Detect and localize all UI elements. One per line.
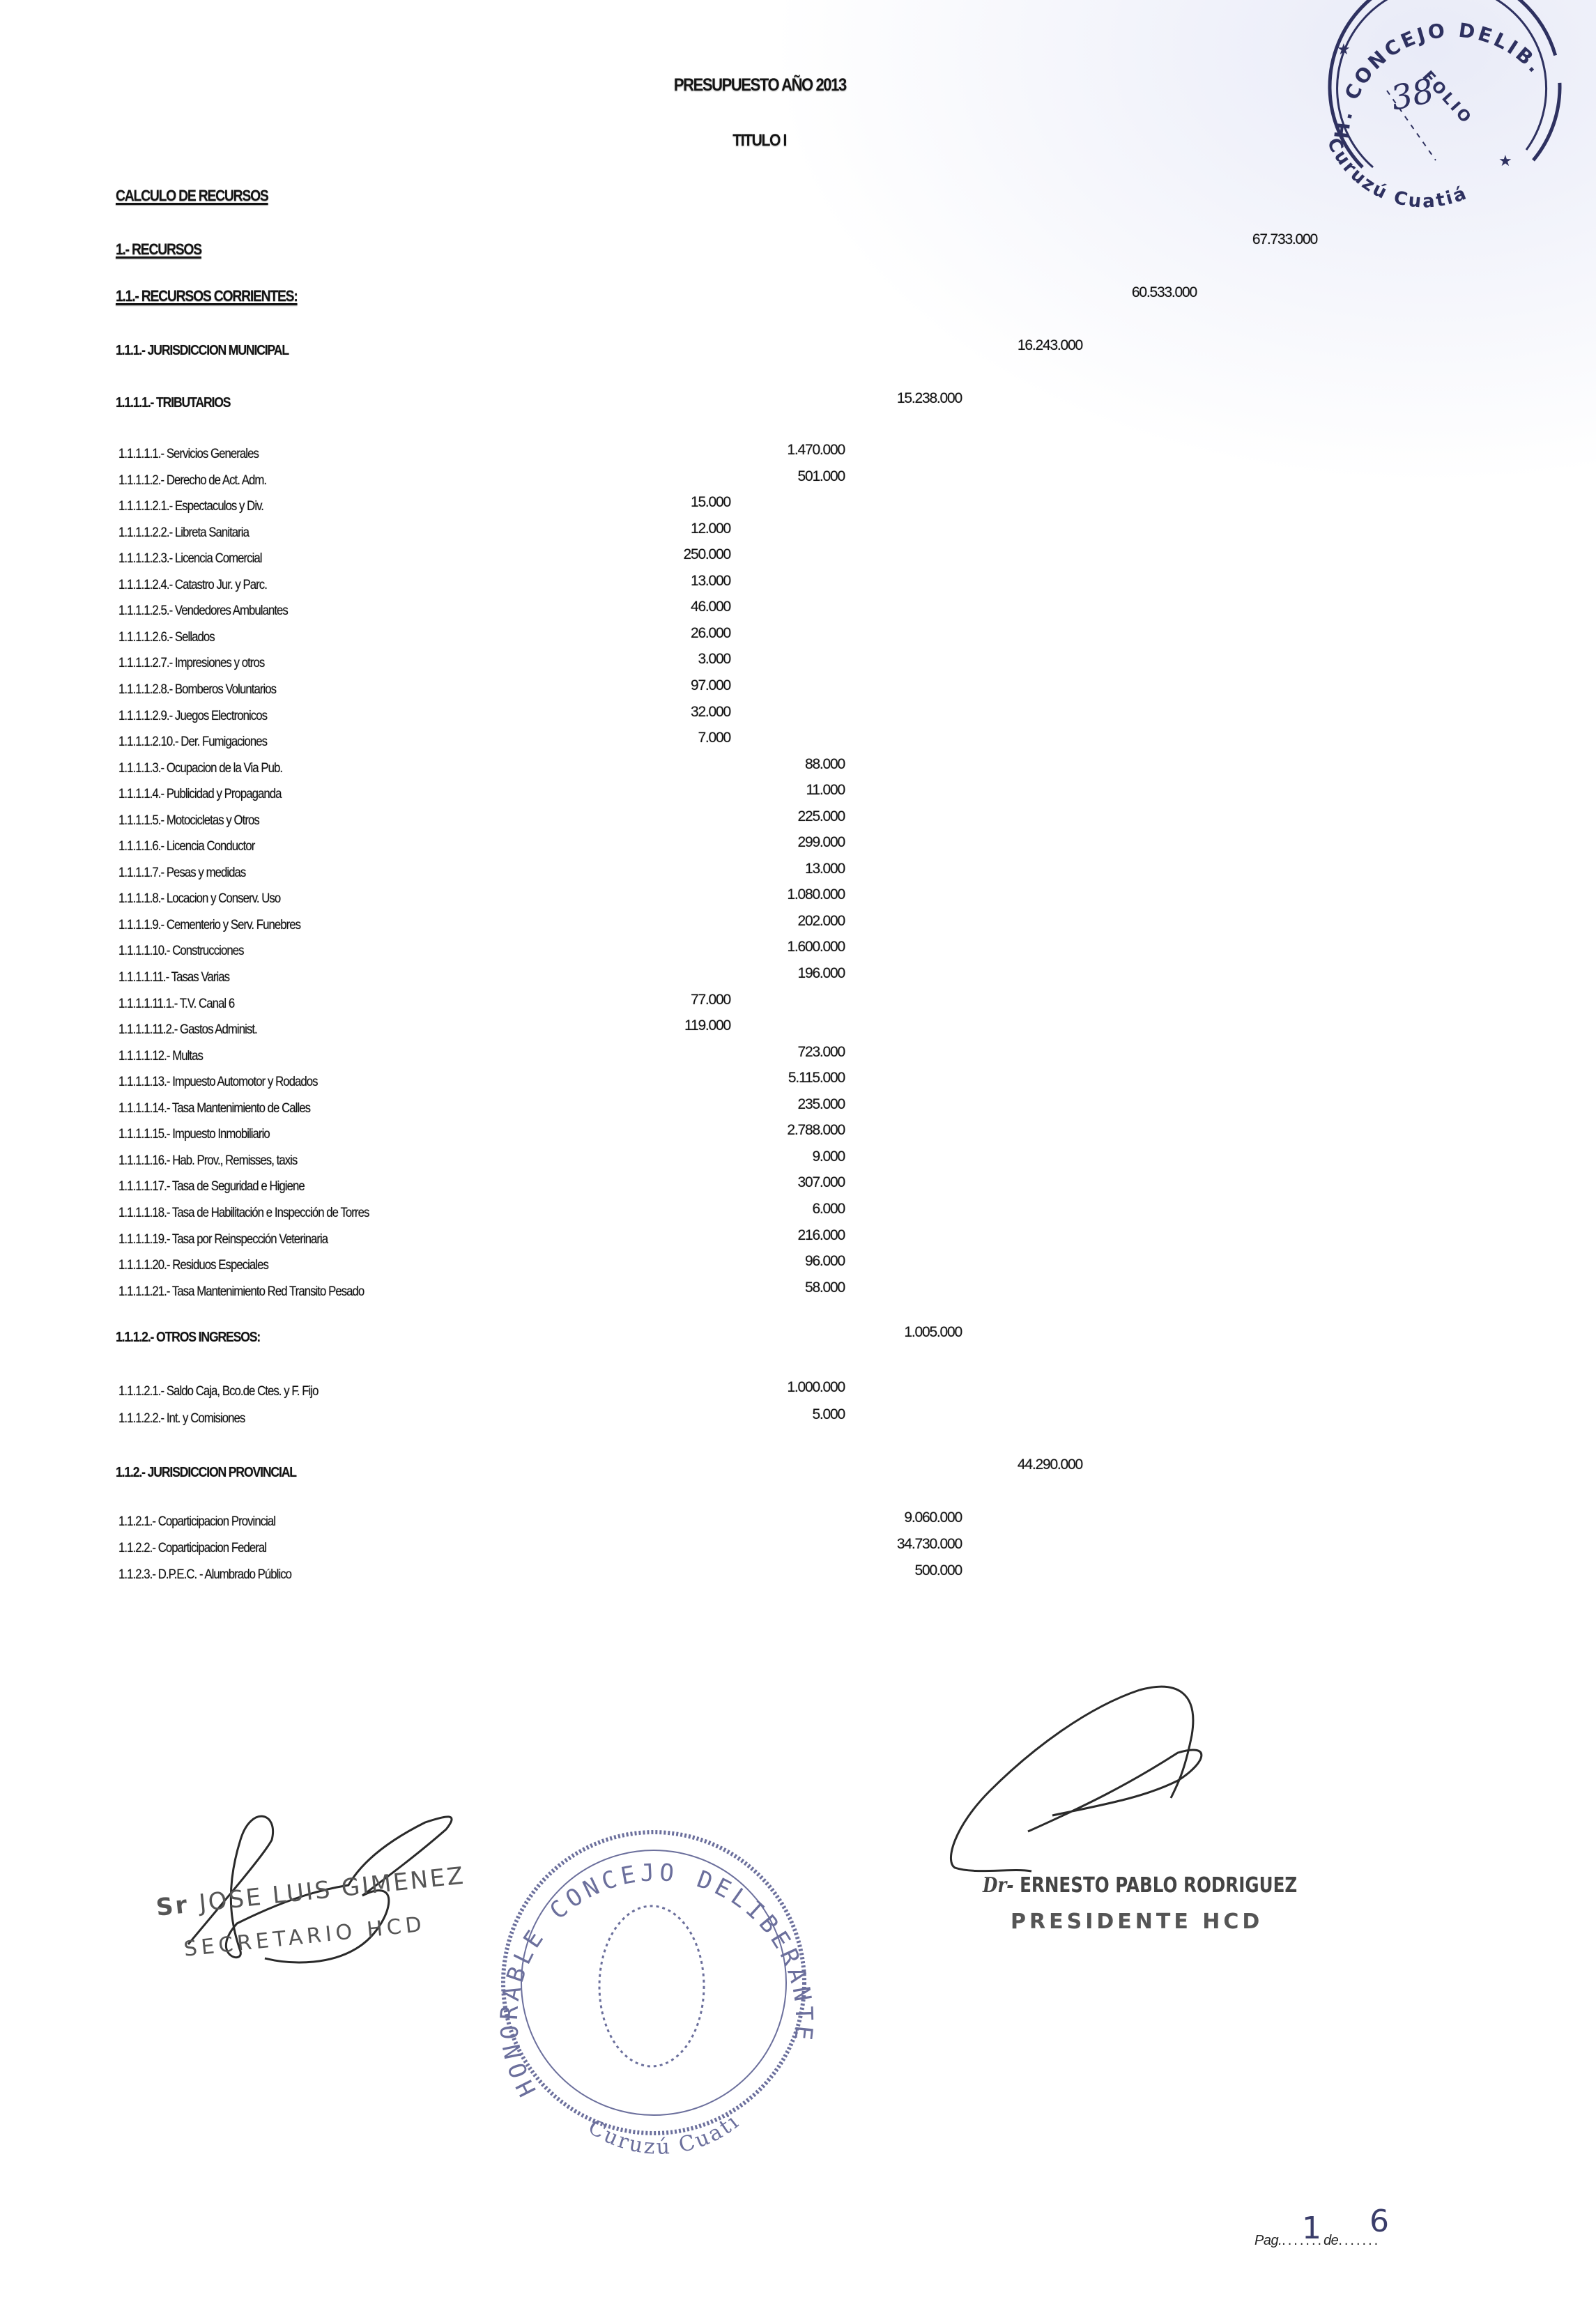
tributario-item-amount: 119.000 [577,1017,730,1034]
tributario-item-amount: 6.000 [691,1201,845,1217]
tributario-item-amount: 1.600.000 [691,939,845,955]
tributario-item-amount: 96.000 [691,1253,845,1270]
star-icon: ★ [1337,40,1351,58]
tributario-row: 1.1.1.1.2.1.- Espectaculos y Div.15.000 [0,498,1596,523]
tributario-item-amount: 235.000 [691,1096,845,1113]
provincial-row: 1.1.2.3.- D.P.E.C. - Alumbrado Público 5… [0,1567,1596,1592]
tributario-item-label: 1.1.1.1.18.- Tasa de Habilitación e Insp… [118,1205,369,1221]
tributario-item-label: 1.1.1.1.11.- Tasas Varias [118,969,229,985]
tributario-row: 1.1.1.1.8.- Locacion y Conserv. Uso1.080… [0,891,1596,916]
level2-label: 1.1.- RECURSOS CORRIENTES: [116,287,298,305]
tributario-row: 1.1.1.1.15.- Impuesto Inmobiliario2.788.… [0,1126,1596,1151]
tributario-item-label: 1.1.1.1.11.2.- Gastos Administ. [118,1022,257,1038]
tributario-item-amount: 299.000 [691,834,845,851]
tributario-item-amount: 11.000 [691,782,845,799]
tributario-item-label: 1.1.1.1.1.- Servicios Generales [118,446,259,462]
provincial-item-label: 1.1.2.2.- Coparticipacion Federal [118,1540,266,1556]
folio-stamp-rings [1330,0,1560,167]
tributario-row: 1.1.1.1.18.- Tasa de Habilitación e Insp… [0,1205,1596,1230]
municipal-amount: 16.243.000 [929,337,1082,354]
otros-item-amount: 5.000 [691,1406,845,1423]
tributario-item-label: 1.1.1.1.2.5.- Vendedores Ambulantes [118,603,288,619]
tributario-item-amount: 225.000 [691,808,845,825]
tributario-item-label: 1.1.1.1.3.- Ocupacion de la Via Pub. [118,760,282,776]
tributario-item-amount: 723.000 [691,1044,845,1061]
tributario-row: 1.1.1.1.11.1.- T.V. Canal 677.000 [0,996,1596,1021]
tributario-item-amount: 77.000 [577,992,730,1008]
svg-text:HONORABLE CONCEJO DELIBERANTE: HONORABLE CONCEJO DELIBERANTE [496,1859,818,2100]
tributario-item-amount: 1.080.000 [691,886,845,903]
tributario-row: 1.1.1.1.11.2.- Gastos Administ.119.000 [0,1022,1596,1047]
tributario-item-label: 1.1.1.1.9.- Cementerio y Serv. Funebres [118,917,300,933]
provincial-item-label: 1.1.2.3.- D.P.E.C. - Alumbrado Público [118,1567,291,1583]
tributario-item-amount: 9.000 [691,1148,845,1165]
document-subtitle-wrap: TITULO I [613,131,906,151]
tributario-item-label: 1.1.1.1.2.7.- Impresiones y otros [118,655,264,671]
tributario-item-label: 1.1.1.1.16.- Hab. Prov., Remisses, taxis [118,1153,297,1169]
tributario-item-amount: 46.000 [577,599,730,615]
folio-number: 38 [1388,71,1437,118]
tributario-item-amount: 58.000 [691,1280,845,1296]
tributario-item-amount: 2.788.000 [691,1122,845,1139]
tributario-item-label: 1.1.1.1.21.- Tasa Mantenimiento Red Tran… [118,1284,364,1300]
provincial-row: 1.1.2.1.- Coparticipacion Provincial 9.0… [0,1514,1596,1539]
star-icon: ★ [1498,152,1512,169]
president-name-line: Dr- ERNESTO PABLO RODRIGUEZ [983,1873,1297,1898]
tributario-item-label: 1.1.1.1.14.- Tasa Mantenimiento de Calle… [118,1100,310,1116]
president-prefix: Dr- [983,1873,1014,1898]
provincial-row: 1.1.2.2.- Coparticipacion Federal 34.730… [0,1540,1596,1565]
tributario-row: 1.1.1.1.4.- Publicidad y Propaganda11.00… [0,786,1596,811]
secretary-prefix: Sr [155,1891,190,1922]
provincial-item-amount: 9.060.000 [808,1509,962,1526]
official-seal [503,1832,804,2133]
tributario-item-amount: 13.000 [691,861,845,877]
secretary-name: JOSE LUIS GIMENEZ [198,1861,467,1917]
provincial-label: 1.1.2.- JURISDICCION PROVINCIAL [116,1465,296,1481]
folio-label: FOLIO [1419,68,1476,128]
tributario-row: 1.1.1.1.20.- Residuos Especiales96.000 [0,1257,1596,1282]
provincial-item-label: 1.1.2.1.- Coparticipacion Provincial [118,1514,275,1530]
otros-item-label: 1.1.1.2.2.- Int. y Comisiones [118,1411,245,1427]
otros-row: 1.1.1.2.2.- Int. y Comisiones 5.000 [0,1411,1596,1436]
tributario-item-label: 1.1.1.1.19.- Tasa por Reinspección Veter… [118,1231,328,1247]
provincial-item-amount: 34.730.000 [808,1536,962,1553]
provincial-item-amount: 500.000 [808,1562,962,1579]
tributario-row: 1.1.1.1.21.- Tasa Mantenimiento Red Tran… [0,1284,1596,1309]
de-label: de [1323,2233,1338,2248]
section-heading: CALCULO DE RECURSOS [116,187,268,205]
tributario-item-label: 1.1.1.1.2.1.- Espectaculos y Div. [118,498,263,514]
tributario-item-amount: 5.115.000 [691,1070,845,1086]
otros-item-amount: 1.000.000 [691,1379,845,1396]
president-role: PRESIDENTE HCD [1011,1910,1263,1934]
tributario-item-label: 1.1.1.1.15.- Impuesto Inmobiliario [118,1126,270,1142]
tributario-item-amount: 13.000 [577,573,730,590]
tributario-item-amount: 32.000 [577,704,730,721]
level1-amount: 67.733.000 [1164,231,1317,248]
svg-text:H. CONCEJO DELIB.: H. CONCEJO DELIB. [1330,19,1549,140]
pag-label: Pag. [1254,2233,1282,2248]
tributario-item-label: 1.1.1.1.2.2.- Libreta Sanitaria [118,525,249,541]
document-subtitle: TITULO I [733,131,787,151]
president-signature-scribble [951,1687,1201,1871]
tributario-item-amount: 202.000 [691,913,845,930]
folio-bottom-text: Curuzú Cuatiá [1323,135,1471,213]
tributario-item-amount: 216.000 [691,1227,845,1244]
tributario-item-amount: 97.000 [577,677,730,694]
tributario-row: 1.1.1.1.2.3.- Licencia Comercial250.000 [0,551,1596,576]
tributario-row: 1.1.1.1.13.- Impuesto Automotor y Rodado… [0,1074,1596,1099]
tributario-row: 1.1.1.1.2.9.- Juegos Electronicos32.000 [0,708,1596,733]
secretary-role: SECRETARIO HCD [183,1912,427,1962]
tributario-row: 1.1.1.1.2.6.- Sellados26.000 [0,629,1596,654]
tributario-item-amount: 1.470.000 [691,442,845,459]
tributario-item-label: 1.1.1.1.2.10.- Der. Fumigaciones [118,734,267,750]
otros-ingresos-label: 1.1.1.2.- OTROS INGRESOS: [116,1330,260,1346]
tributario-item-label: 1.1.1.1.11.1.- T.V. Canal 6 [118,996,234,1012]
tributario-item-label: 1.1.1.1.17.- Tasa de Seguridad e Higiene [118,1178,305,1194]
tributario-item-label: 1.1.1.1.2.3.- Licencia Comercial [118,551,262,567]
otros-ingresos-amount: 1.005.000 [808,1324,962,1341]
tributario-item-amount: 307.000 [691,1174,845,1191]
document-title-wrap: PRESUPUESTO AÑO 2013 [613,75,906,95]
tributario-item-label: 1.1.1.1.2.8.- Bomberos Voluntarios [118,682,276,698]
tributario-item-label: 1.1.1.1.4.- Publicidad y Propaganda [118,786,282,802]
tributario-item-label: 1.1.1.1.2.9.- Juegos Electronicos [118,708,267,724]
tributario-row: 1.1.1.1.10.- Construcciones1.600.000 [0,943,1596,968]
tributarios-amount: 15.238.000 [808,390,962,407]
document-title: PRESUPUESTO AÑO 2013 [674,75,846,95]
tributario-item-label: 1.1.1.1.2.- Derecho de Act. Adm. [118,473,266,489]
tributario-item-amount: 7.000 [577,730,730,746]
tributario-item-label: 1.1.1.1.5.- Motocicletas y Otros [118,813,259,829]
tributario-item-amount: 196.000 [691,965,845,982]
tributarios-label: 1.1.1.1.- TRIBUTARIOS [116,395,230,411]
tributario-item-label: 1.1.1.1.6.- Licencia Conductor [118,838,254,854]
tributario-row: 1.1.1.1.1.- Servicios Generales1.470.000 [0,446,1596,471]
tributario-item-label: 1.1.1.1.2.6.- Sellados [118,629,215,645]
tributario-row: 1.1.1.1.11.- Tasas Varias196.000 [0,969,1596,994]
tributario-row: 1.1.1.1.2.- Derecho de Act. Adm.501.000 [0,473,1596,498]
page-total: 6 [1369,2204,1389,2239]
tributario-row: 1.1.1.1.2.4.- Catastro Jur. y Parc.13.00… [0,577,1596,602]
tributario-item-amount: 250.000 [577,546,730,563]
seal-ring-text: HONORABLE CONCEJO DELIBERANTE [496,1859,818,2100]
tributario-item-label: 1.1.1.1.13.- Impuesto Automotor y Rodado… [118,1074,318,1090]
otros-item-label: 1.1.1.2.1.- Saldo Caja, Bco.de Ctes. y F… [118,1383,318,1399]
tributario-item-amount: 15.000 [577,494,730,511]
level1-label: 1.- RECURSOS [116,240,201,259]
tributario-row: 1.1.1.1.6.- Licencia Conductor299.000 [0,838,1596,863]
tributario-item-label: 1.1.1.1.20.- Residuos Especiales [118,1257,268,1273]
tributario-item-label: 1.1.1.1.7.- Pesas y medidas [118,865,245,881]
tributario-item-label: 1.1.1.1.8.- Locacion y Conserv. Uso [118,891,280,907]
tributario-row: 1.1.1.1.2.7.- Impresiones y otros3.000 [0,655,1596,680]
tributario-item-amount: 12.000 [577,521,730,537]
tributario-row: 1.1.1.1.17.- Tasa de Seguridad e Higiene… [0,1178,1596,1204]
tributario-row: 1.1.1.1.2.5.- Vendedores Ambulantes46.00… [0,603,1596,628]
tributario-item-amount: 3.000 [577,651,730,668]
municipal-label: 1.1.1.- JURISDICCION MUNICIPAL [116,343,289,359]
folio-top-text: H. CONCEJO DELIB. [1330,19,1549,140]
level2-amount: 60.533.000 [1043,284,1197,301]
tributario-item-amount: 501.000 [691,468,845,485]
tributario-item-label: 1.1.1.1.2.4.- Catastro Jur. y Parc. [118,577,267,593]
tributario-item-amount: 88.000 [691,756,845,773]
tributario-item-amount: 26.000 [577,625,730,642]
tributario-item-label: 1.1.1.1.12.- Multas [118,1048,203,1064]
otros-row: 1.1.1.2.1.- Saldo Caja, Bco.de Ctes. y F… [0,1383,1596,1408]
tributario-item-label: 1.1.1.1.10.- Construcciones [118,943,244,959]
tributario-row: 1.1.1.1.2.8.- Bomberos Voluntarios97.000 [0,682,1596,707]
page-number: 1 [1302,2211,1321,2246]
provincial-amount: 44.290.000 [929,1457,1082,1473]
president-name: ERNESTO PABLO RODRIGUEZ [1020,1873,1297,1898]
tributario-row: 1.1.1.1.2.2.- Libreta Sanitaria12.000 [0,525,1596,550]
tributario-row: 1.1.1.1.2.10.- Der. Fumigaciones7.000 [0,734,1596,759]
svg-text:Curuzú Cuatiá: Curuzú Cuatiá [1323,135,1471,213]
